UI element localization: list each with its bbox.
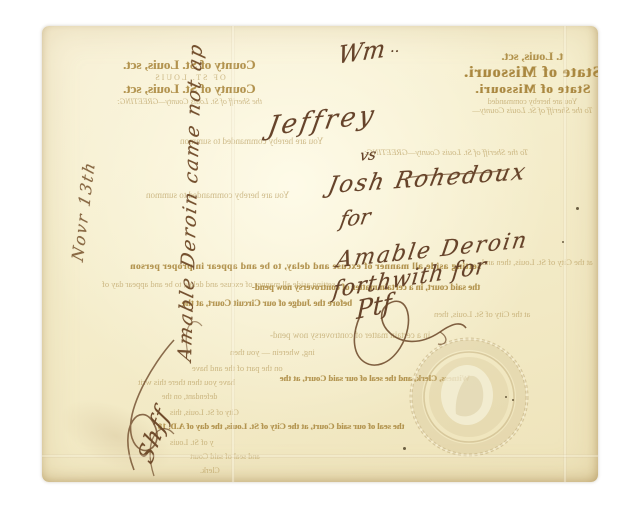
ink-speck — [505, 396, 507, 398]
ink-speck — [512, 399, 514, 401]
docket-for: for — [338, 204, 373, 232]
bleed-text: defendant, on the — [162, 392, 217, 401]
bleed-text: at the City of St. Louis, then and — [482, 258, 593, 268]
docket-ptf: Ptf — [356, 288, 392, 325]
handwritten-top-dots: ‥ — [390, 40, 399, 56]
bleed-text: y of St. Louis — [170, 438, 214, 447]
scanned-document-background: County of St. Louis, sct. OF ST. LOUIS C… — [0, 0, 640, 510]
seal-graphic — [404, 332, 534, 462]
bleed-text: at the City of St. Louis, then — [434, 310, 530, 320]
ink-speck — [403, 447, 406, 450]
bleed-text: before the Judge of our Circuit Court, a… — [182, 298, 352, 308]
bleed-text: To the Sheriff of St. Louis County—GREET… — [364, 148, 528, 158]
bleed-text: State of Missouri. — [440, 82, 598, 97]
bleed-text: on the part of the and have — [192, 364, 283, 374]
ink-speck — [576, 207, 579, 210]
document-paper: County of St. Louis, sct. OF ST. LOUIS C… — [42, 26, 598, 482]
bleed-text: t. Louis, sct. — [440, 50, 598, 64]
bleed-text: the seal of our said Court, at the City … — [158, 422, 405, 432]
return-date-note: Novr 13th — [68, 158, 99, 263]
bleed-text: To the Sheriff of St. Louis County— — [440, 106, 598, 116]
embossed-seal — [404, 332, 534, 462]
handwritten-top-mark: Wm — [337, 34, 387, 69]
bleed-text: City of St. Louis, this — [170, 408, 239, 417]
bleed-text: You are hereby commanded to summon — [146, 190, 289, 200]
docket-party-defendant: Josh Rohedoux — [326, 159, 530, 199]
bleed-text: have you then there this writ — [138, 378, 235, 388]
docket-vs: vs — [359, 145, 378, 165]
bleedthrough-header-right: t. Louis, sct. State of Missouri. State … — [440, 50, 598, 116]
bleed-text: ing, wherein — you then — [230, 348, 315, 358]
sheriff-signature-text: Shff — [134, 402, 175, 469]
bleed-text: State of Missouri. — [440, 64, 598, 82]
bleed-text: and seal of said Court — [190, 452, 260, 461]
docket-party-plaintiff: Jeffrey — [266, 100, 379, 142]
ink-speck — [562, 241, 564, 243]
bleed-text: Clerk. — [200, 466, 220, 475]
